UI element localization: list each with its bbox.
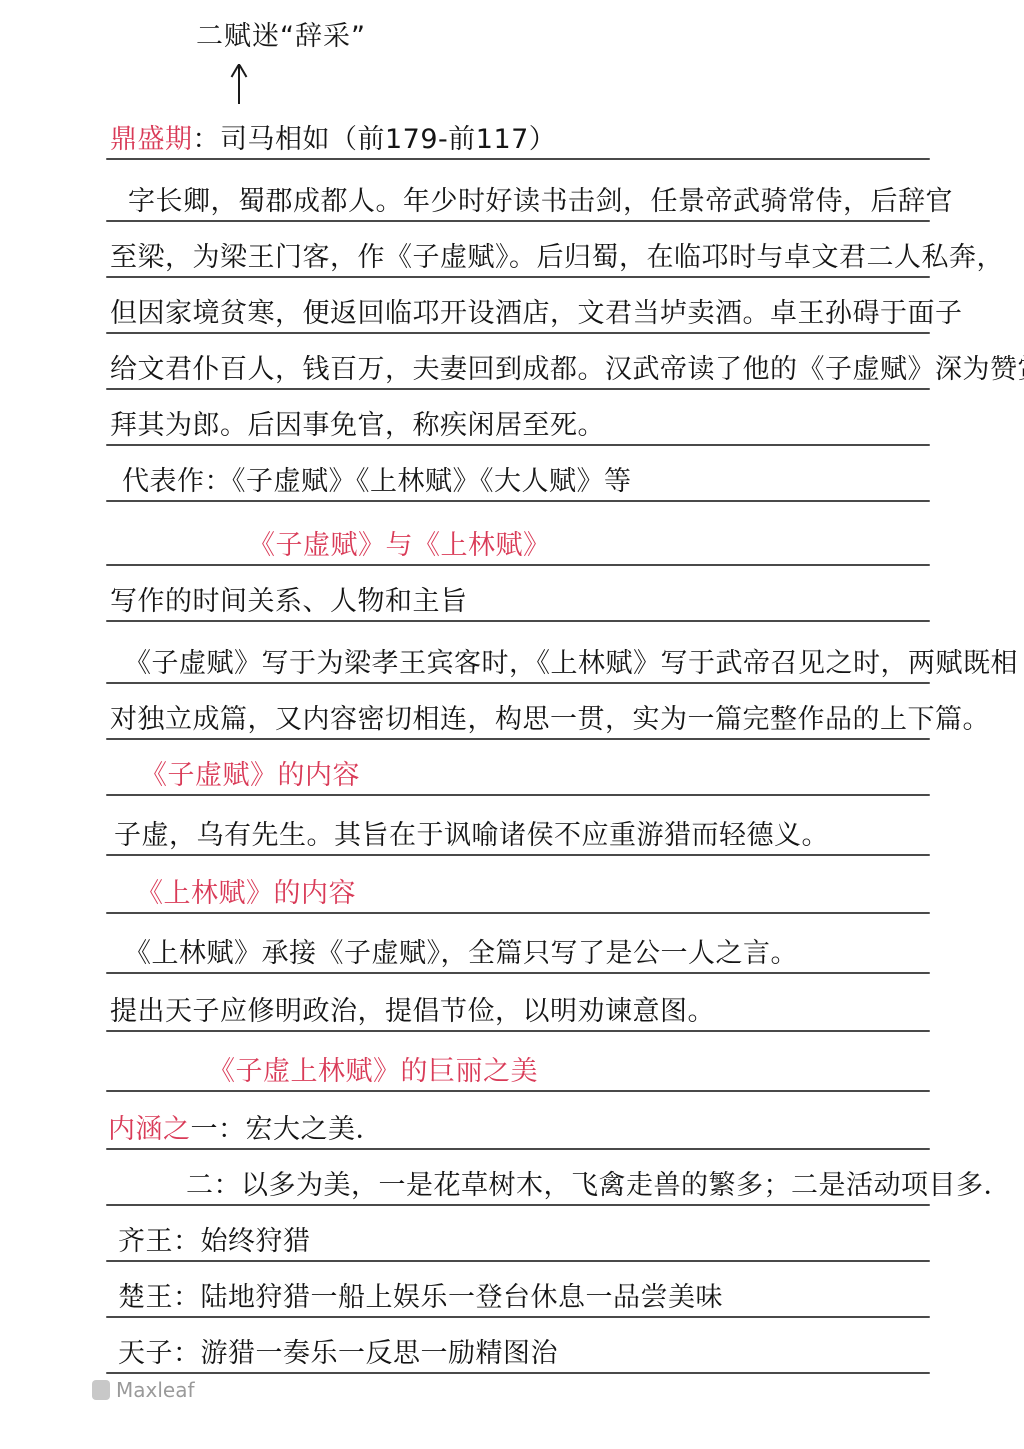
margin-annotation: 二赋迷“辞采” (196, 14, 366, 53)
note-line-qi-king: 齐王：始终狩猎 (0, 1206, 1024, 1262)
red-heading-text: 《子虚赋》的内容 (140, 760, 360, 791)
body-text: 《子虚赋》写于为梁孝王宾客时，《上林赋》写于武帝召见之时，两赋既相 (124, 648, 1018, 679)
note-line-works: 代表作：《子虚赋》《上林赋》《大人赋》等 (0, 446, 1024, 502)
body-text: 《上林赋》承接《子虚赋》，全篇只写了是公一人之言。 (124, 938, 798, 969)
note-line-text: 写作的时间关系、人物和主旨 (110, 579, 468, 618)
red-heading-text: 《子虚赋》与《上林赋》 (248, 530, 551, 561)
note-line-para-1a: 《子虚赋》写于为梁孝王宾客时，《上林赋》写于武帝召见之时，两赋既相 (0, 628, 1024, 684)
red-heading-text: 内涵之 (108, 1114, 191, 1145)
note-line-text: 至梁，为梁王门客，作《子虚赋》。后归蜀，在临邛时与卓文君二人私奔， (110, 235, 1004, 274)
body-text: ：司马相如（前179-前117） (193, 124, 557, 155)
note-line-heading-3: 《上林赋》的内容 (0, 858, 1024, 914)
body-text: 写作的时间关系、人物和主旨 (110, 586, 468, 617)
body-text: 字长卿，蜀郡成都人。年少时好读书击剑，任景帝武骑常侍，后辞官 (128, 186, 953, 217)
body-text: 一：宏大之美． (191, 1114, 384, 1145)
note-line-text: 二：以多为美，一是花草树木，飞禽走兽的繁多；二是活动项目多． (186, 1163, 1011, 1202)
note-line-text: 代表作：《子虚赋》《上林赋》《大人赋》等 (122, 459, 632, 498)
note-line-bio-4: 给文君仆百人，钱百万，夫妻回到成都。汉武帝读了他的《子虚赋》深为赞赏 (0, 334, 1024, 390)
ruled-line (106, 912, 930, 914)
ruled-line (106, 620, 930, 622)
note-line-text: 楚王：陆地狩猎一船上娱乐一登台休息一品尝美味 (118, 1275, 723, 1314)
body-text: 拜其为郎。后因事免官，称疾闲居至死。 (110, 410, 605, 441)
note-line-heading-4: 《子虚上林赋》的巨丽之美 (0, 1036, 1024, 1092)
watermark-text: Maxleaf (116, 1378, 195, 1402)
note-line-text: 给文君仆百人，钱百万，夫妻回到成都。汉武帝读了他的《子虚赋》深为赞赏 (110, 347, 1024, 386)
note-line-heading-1: 《子虚赋》与《上林赋》 (0, 510, 1024, 566)
note-line-text: 天子：游猎一奏乐一反思一励精图治 (118, 1331, 558, 1370)
body-text: 对独立成篇，又内容密切相连，构思一贯，实为一篇完整作品的上下篇。 (110, 704, 990, 735)
note-line-text: 鼎盛期：司马相如（前179-前117） (110, 117, 556, 156)
body-text: 子虚，乌有先生。其旨在于讽喻诸侯不应重游猎而轻德义。 (114, 820, 829, 851)
note-line-para-3a: 《上林赋》承接《子虚赋》，全篇只写了是公一人之言。 (0, 918, 1024, 974)
body-text: 提出天子应修明政治，提倡节俭，以明劝谏意图。 (110, 996, 715, 1027)
note-line-para-2: 子虚，乌有先生。其旨在于讽喻诸侯不应重游猎而轻德义。 (0, 800, 1024, 856)
note-line-text: 对独立成篇，又内容密切相连，构思一贯，实为一篇完整作品的上下篇。 (110, 697, 990, 736)
body-text: 楚王：陆地狩猎一船上娱乐一登台休息一品尝美味 (118, 1282, 723, 1313)
note-line-para-1b: 对独立成篇，又内容密切相连，构思一贯，实为一篇完整作品的上下篇。 (0, 684, 1024, 740)
ruled-line (106, 158, 930, 160)
ruled-line (106, 972, 930, 974)
note-line-title: 鼎盛期：司马相如（前179-前117） (0, 104, 1024, 160)
body-text: 齐王：始终狩猎 (118, 1226, 311, 1257)
note-line-text: 《上林赋》的内容 (136, 871, 356, 910)
notebook-page: 二赋迷“辞采” 鼎盛期：司马相如（前179-前117）字长卿，蜀郡成都人。年少时… (0, 0, 1024, 1449)
note-line-text: 《上林赋》承接《子虚赋》，全篇只写了是公一人之言。 (124, 931, 798, 970)
ruled-line (106, 1030, 930, 1032)
note-line-bio-1: 字长卿，蜀郡成都人。年少时好读书击剑，任景帝武骑常侍，后辞官 (0, 166, 1024, 222)
note-line-text: 内涵之一：宏大之美． (108, 1107, 383, 1146)
note-line-bio-2: 至梁，为梁王门客，作《子虚赋》。后归蜀，在临邛时与卓文君二人私奔， (0, 222, 1024, 278)
body-text: 天子：游猎一奏乐一反思一励精图治 (118, 1338, 558, 1369)
note-line-beauty-2: 二：以多为美，一是花草树木，飞禽走兽的繁多；二是活动项目多． (0, 1150, 1024, 1206)
watermark: Maxleaf (92, 1378, 195, 1402)
note-line-text: 提出天子应修明政治，提倡节俭，以明劝谏意图。 (110, 989, 715, 1028)
note-line-text: 拜其为郎。后因事免官，称疾闲居至死。 (110, 403, 605, 442)
note-line-text: 《子虚赋》写于为梁孝王宾客时，《上林赋》写于武帝召见之时，两赋既相 (124, 641, 1018, 680)
note-line-text: 《子虚赋》与《上林赋》 (248, 523, 551, 562)
maxleaf-logo-icon (92, 1380, 110, 1400)
body-text: 代表作：《子虚赋》《上林赋》《大人赋》等 (122, 466, 632, 497)
note-line-text: 《子虚上林赋》的巨丽之美 (208, 1049, 538, 1088)
note-line-text: 齐王：始终狩猎 (118, 1219, 311, 1258)
note-line-subheading-1: 写作的时间关系、人物和主旨 (0, 566, 1024, 622)
body-text: 二：以多为美，一是花草树木，飞禽走兽的繁多；二是活动项目多． (186, 1170, 1011, 1201)
note-line-text: 字长卿，蜀郡成都人。年少时好读书击剑，任景帝武骑常侍，后辞官 (128, 179, 953, 218)
ruled-line (106, 500, 930, 502)
note-line-bio-5: 拜其为郎。后因事免官，称疾闲居至死。 (0, 390, 1024, 446)
red-heading-text: 鼎盛期 (110, 124, 193, 155)
red-heading-text: 《上林赋》的内容 (136, 878, 356, 909)
note-line-text: 《子虚赋》的内容 (140, 753, 360, 792)
up-arrow-icon (232, 60, 246, 104)
ruled-line (106, 794, 930, 796)
red-heading-text: 《子虚上林赋》的巨丽之美 (208, 1056, 538, 1087)
ruled-line (106, 854, 930, 856)
note-line-chu-king: 楚王：陆地狩猎一船上娱乐一登台休息一品尝美味 (0, 1262, 1024, 1318)
note-line-heading-2: 《子虚赋》的内容 (0, 740, 1024, 796)
note-line-para-3b: 提出天子应修明政治，提倡节俭，以明劝谏意图。 (0, 976, 1024, 1032)
body-text: 但因家境贫寒，便返回临邛开设酒店，文君当垆卖酒。卓王孙碍于面子 (110, 298, 963, 329)
note-line-bio-3: 但因家境贫寒，便返回临邛开设酒店，文君当垆卖酒。卓王孙碍于面子 (0, 278, 1024, 334)
body-text: 给文君仆百人，钱百万，夫妻回到成都。汉武帝读了他的《子虚赋》深为赞赏 (110, 354, 1024, 385)
body-text: 至梁，为梁王门客，作《子虚赋》。后归蜀，在临邛时与卓文君二人私奔， (110, 242, 1004, 273)
ruled-line (106, 1372, 930, 1374)
note-line-beauty-1: 内涵之一：宏大之美． (0, 1094, 1024, 1150)
note-line-emperor: 天子：游猎一奏乐一反思一励精图治 (0, 1318, 1024, 1374)
note-line-text: 子虚，乌有先生。其旨在于讽喻诸侯不应重游猎而轻德义。 (114, 813, 829, 852)
note-line-text: 但因家境贫寒，便返回临邛开设酒店，文君当垆卖酒。卓王孙碍于面子 (110, 291, 963, 330)
ruled-line (106, 1090, 930, 1092)
